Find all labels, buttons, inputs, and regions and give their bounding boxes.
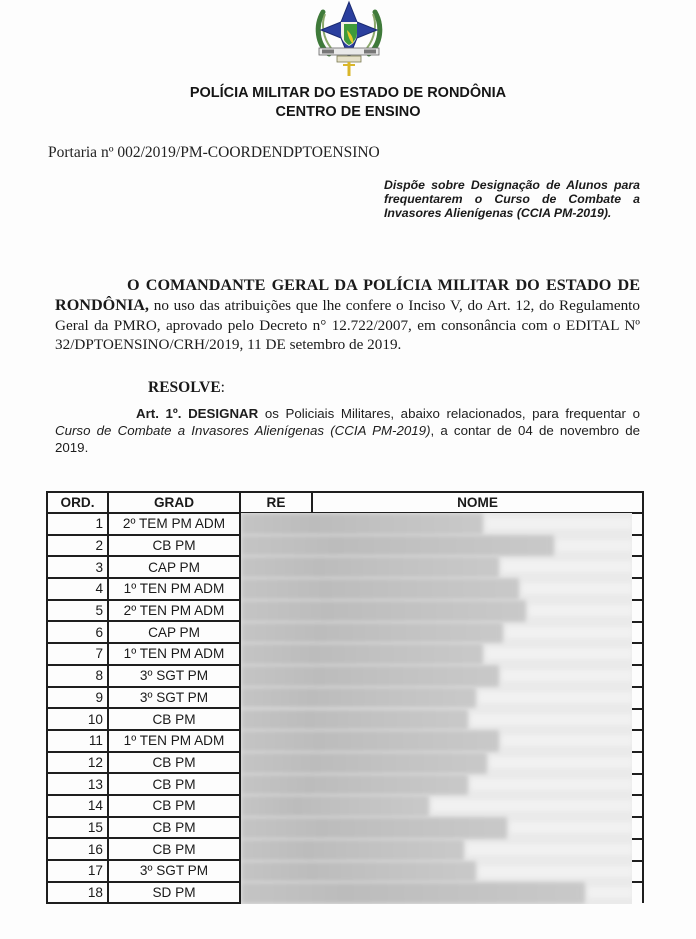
resolve-colon: : bbox=[221, 379, 225, 396]
preamble-paragraph: O COMANDANTE GERAL DA POLÍCIA MILITAR DO… bbox=[55, 276, 640, 355]
resolve-label: RESOLVE bbox=[148, 379, 221, 396]
redaction-bar bbox=[241, 795, 632, 817]
cell-ord: 5 bbox=[47, 600, 108, 622]
cell-ord: 13 bbox=[47, 773, 108, 795]
cell-ord: 17 bbox=[47, 860, 108, 882]
cell-grad: 3º SGT PM bbox=[108, 687, 240, 709]
redaction-bar bbox=[241, 730, 632, 752]
redaction-bar bbox=[241, 556, 632, 578]
cell-grad: 1º TEN PM ADM bbox=[108, 643, 240, 665]
redaction-bar bbox=[241, 709, 632, 731]
redaction-bar bbox=[241, 600, 632, 622]
redaction-bar bbox=[241, 643, 632, 665]
redaction-bar bbox=[241, 687, 632, 709]
cell-ord: 4 bbox=[47, 578, 108, 600]
table-header-row: ORD. GRAD RE NOME bbox=[47, 492, 643, 513]
redaction-bar bbox=[241, 578, 632, 600]
redaction-bar bbox=[241, 535, 632, 557]
cell-grad: CB PM bbox=[108, 535, 240, 557]
organization-name: POLÍCIA MILITAR DO ESTADO DE RONDÔNIA bbox=[0, 85, 696, 101]
document-page: POLÍCIA MILITAR DO ESTADO DE RONDÔNIA CE… bbox=[0, 0, 696, 939]
cell-grad: 2º TEN PM ADM bbox=[108, 600, 240, 622]
redaction-bar bbox=[241, 882, 632, 904]
cell-ord: 6 bbox=[47, 621, 108, 643]
cell-ord: 1 bbox=[47, 513, 108, 535]
cell-grad: 3º SGT PM bbox=[108, 665, 240, 687]
column-header-ord: ORD. bbox=[47, 492, 108, 513]
portaria-number: Portaria nº 002/2019/PM-COORDENDPTOENSIN… bbox=[48, 144, 380, 162]
cell-ord: 16 bbox=[47, 838, 108, 860]
column-header-grad: GRAD bbox=[108, 492, 240, 513]
cell-grad: CB PM bbox=[108, 708, 240, 730]
cell-grad: SD PM bbox=[108, 882, 240, 904]
cell-grad: CB PM bbox=[108, 795, 240, 817]
cell-grad: CB PM bbox=[108, 817, 240, 839]
cell-ord: 9 bbox=[47, 687, 108, 709]
cell-grad: 3º SGT PM bbox=[108, 860, 240, 882]
redaction-bar bbox=[241, 817, 632, 839]
article-verb: DESIGNAR bbox=[188, 406, 258, 421]
article-1-paragraph: Art. 1º. DESIGNAR os Policiais Militares… bbox=[55, 405, 640, 457]
redaction-bar bbox=[241, 513, 632, 535]
column-header-nome: NOME bbox=[312, 492, 643, 513]
cell-ord: 8 bbox=[47, 665, 108, 687]
column-header-re: RE bbox=[240, 492, 312, 513]
article-number: Art. 1º. bbox=[136, 406, 181, 421]
cell-grad: CB PM bbox=[108, 752, 240, 774]
redaction-bar bbox=[241, 622, 632, 644]
cell-ord: 2 bbox=[47, 535, 108, 557]
redaction-bar bbox=[241, 774, 632, 796]
cell-ord: 11 bbox=[47, 730, 108, 752]
cell-grad: 1º TEN PM ADM bbox=[108, 730, 240, 752]
cell-ord: 18 bbox=[47, 882, 108, 904]
redaction-bar bbox=[241, 839, 632, 861]
department-name: CENTRO DE ENSINO bbox=[0, 104, 696, 120]
cell-ord: 15 bbox=[47, 817, 108, 839]
coat-of-arms-icon bbox=[313, 0, 385, 80]
ementa-summary: Dispõe sobre Designação de Alunos para f… bbox=[384, 178, 640, 221]
cell-ord: 10 bbox=[47, 708, 108, 730]
resolve-heading: RESOLVE: bbox=[148, 379, 225, 397]
cell-grad: CAP PM bbox=[108, 556, 240, 578]
cell-grad: 2º TEM PM ADM bbox=[108, 513, 240, 535]
redaction-bar bbox=[241, 752, 632, 774]
cell-grad: CB PM bbox=[108, 838, 240, 860]
cell-ord: 12 bbox=[47, 752, 108, 774]
cell-grad: CB PM bbox=[108, 773, 240, 795]
cell-grad: CAP PM bbox=[108, 621, 240, 643]
table-right-border-ticks bbox=[632, 513, 642, 904]
redacted-re-nome-area bbox=[241, 513, 632, 904]
article-course-name: Curso de Combate a Invasores Alienígenas… bbox=[55, 423, 431, 438]
redaction-bar bbox=[241, 861, 632, 883]
article-text-before: os Policiais Militares, abaixo relaciona… bbox=[258, 406, 640, 421]
redaction-bar bbox=[241, 665, 632, 687]
cell-grad: 1º TEN PM ADM bbox=[108, 578, 240, 600]
cell-ord: 7 bbox=[47, 643, 108, 665]
cell-ord: 3 bbox=[47, 556, 108, 578]
cell-ord: 14 bbox=[47, 795, 108, 817]
